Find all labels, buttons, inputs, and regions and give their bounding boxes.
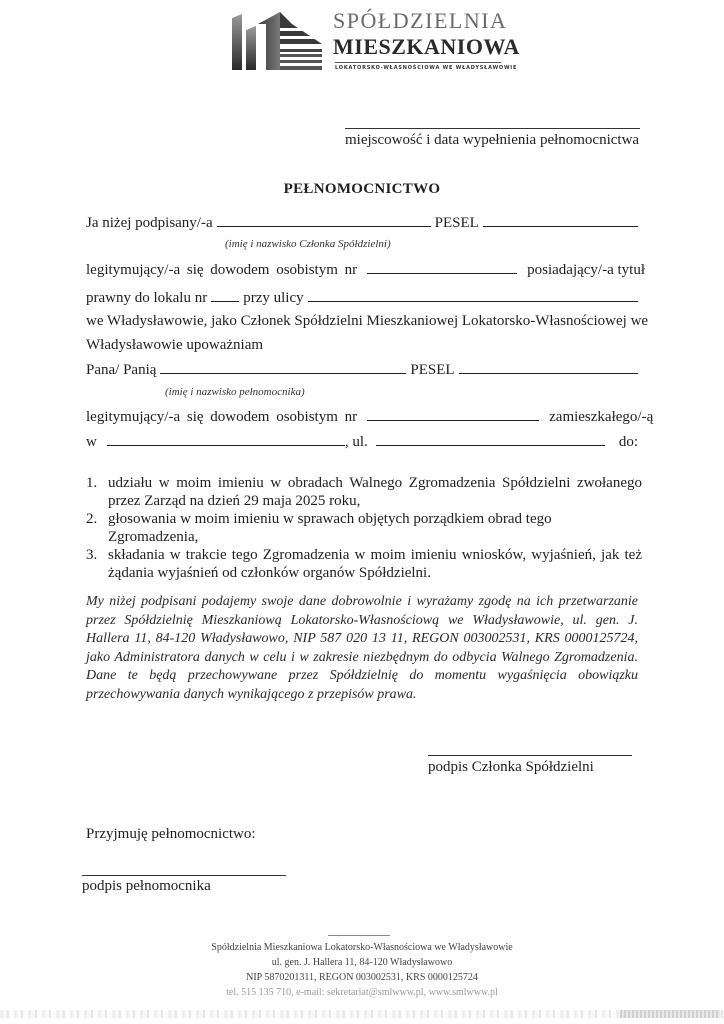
logo-title-line2: MIESZKANIOWA: [333, 34, 520, 60]
scan-artifact: [620, 1010, 720, 1018]
list-item-text: składania w trakcie tego Zgromadzenia w …: [108, 546, 642, 582]
proxy-id-field[interactable]: [367, 408, 539, 421]
footer-address: ul. gen. J. Hallera 11, 84-120 Władysław…: [0, 955, 724, 970]
place-date-label: miejscowość i data wypełnienia pełnomocn…: [345, 132, 639, 149]
unit-row: prawny do lokalu nr przy ulicy: [86, 289, 638, 307]
list-item: 2. głosowania w moim imieniu w sprawach …: [86, 510, 642, 546]
logo-divider: [335, 62, 501, 63]
list-item-text: udziału w moim imieniu w obradach Walneg…: [108, 474, 642, 510]
member-pesel-label: PESEL: [435, 215, 479, 232]
member-name-field[interactable]: [217, 214, 431, 227]
powers-list: 1. udziału w moim imieniu w obradach Wal…: [86, 474, 642, 582]
logo-subtitle: LOKATORSKO-WŁASNOŚCIOWA WE WŁADYSŁAWOWIE: [335, 65, 517, 71]
footer-company-name: Spółdzielnia Mieszkaniowa Lokatorsko-Wła…: [0, 940, 724, 955]
member-prefix-label: Ja niżej podpisany/-a: [86, 215, 213, 232]
proxy-pesel-label: PESEL: [410, 362, 454, 379]
proxy-pesel-field[interactable]: [459, 361, 638, 374]
list-item-number: 3.: [86, 546, 108, 582]
member-id-field[interactable]: [367, 261, 517, 274]
street-label: przy ulicy: [243, 290, 303, 307]
member-signature-label: podpis Członka Spółdzielni: [428, 759, 594, 776]
proxy-name-field[interactable]: [160, 361, 406, 374]
city-field[interactable]: [107, 433, 345, 446]
building-logo-icon: [230, 10, 324, 70]
list-item-text: głosowania w moim imieniu w sprawach obj…: [108, 510, 642, 546]
member-name-hint: (imię i nazwisko Członka Spółdzielni): [225, 238, 391, 250]
document-title: PEŁNOMOCNICTWO: [0, 181, 724, 198]
logo-title-line1: SPÓŁDZIELNIA: [333, 8, 507, 34]
street-short-label: , ul.: [345, 434, 368, 451]
member-id-label: legitymujący/-a się dowodem osobistym nr: [86, 262, 357, 279]
list-item: 1. udziału w moim imieniu w obradach Wal…: [86, 474, 642, 510]
data-consent-text: My niżej podpisani podajemy swoje dane d…: [86, 593, 638, 704]
place-date-field[interactable]: [345, 128, 640, 129]
proxy-street-field[interactable]: [376, 433, 605, 446]
street-field[interactable]: [308, 289, 638, 302]
proxy-id-label: legitymujący/-a się dowodem osobistym nr: [86, 409, 357, 426]
member-signature-field[interactable]: [428, 755, 632, 756]
legal-title-label: posiadający/-a tytuł: [527, 262, 645, 279]
proxy-signature-field[interactable]: [82, 875, 286, 876]
footer-registry: NIP 5870201311, REGON 003002531, KRS 000…: [0, 970, 724, 985]
proxy-address-row: w , ul. do:: [86, 433, 638, 451]
list-item-number: 1.: [86, 474, 108, 510]
footer-divider: [328, 935, 390, 936]
member-id-row: legitymujący/-a się dowodem osobistym nr…: [86, 261, 638, 279]
membership-text-line1: we Władysławowie, jako Członek Spółdziel…: [86, 313, 648, 330]
proxy-signature-label: podpis pełnomocnika: [82, 878, 211, 895]
unit-label: prawny do lokalu nr: [86, 290, 207, 307]
proxy-name-hint: (imię i nazwisko pełnomocnika): [165, 386, 305, 398]
proxy-name-row: Pana/ Panią PESEL: [86, 361, 638, 379]
footer: Spółdzielnia Mieszkaniowa Lokatorsko-Wła…: [0, 940, 724, 1000]
membership-text-line2: Władysławowie upoważniam: [86, 337, 263, 354]
proxy-id-row: legitymujący/-a się dowodem osobistym nr…: [86, 408, 638, 426]
footer-contact: tel. 515 135 710, e-mail: sekretariat@sm…: [0, 985, 724, 1000]
accept-proxy-label: Przyjmuję pełnomocnictwo:: [86, 826, 256, 843]
member-name-row: Ja niżej podpisany/-a PESEL: [86, 214, 638, 232]
to-label: do:: [619, 434, 638, 451]
list-item-number: 2.: [86, 510, 108, 546]
residence-label: zamieszkałego/-ą: [549, 409, 653, 426]
scan-artifact: [0, 1010, 724, 1018]
proxy-prefix-label: Pana/ Panią: [86, 362, 156, 379]
unit-number-field[interactable]: [211, 289, 239, 302]
member-pesel-field[interactable]: [483, 214, 638, 227]
list-item: 3. składania w trakcie tego Zgromadzenia…: [86, 546, 642, 582]
city-prefix-label: w: [86, 434, 97, 451]
